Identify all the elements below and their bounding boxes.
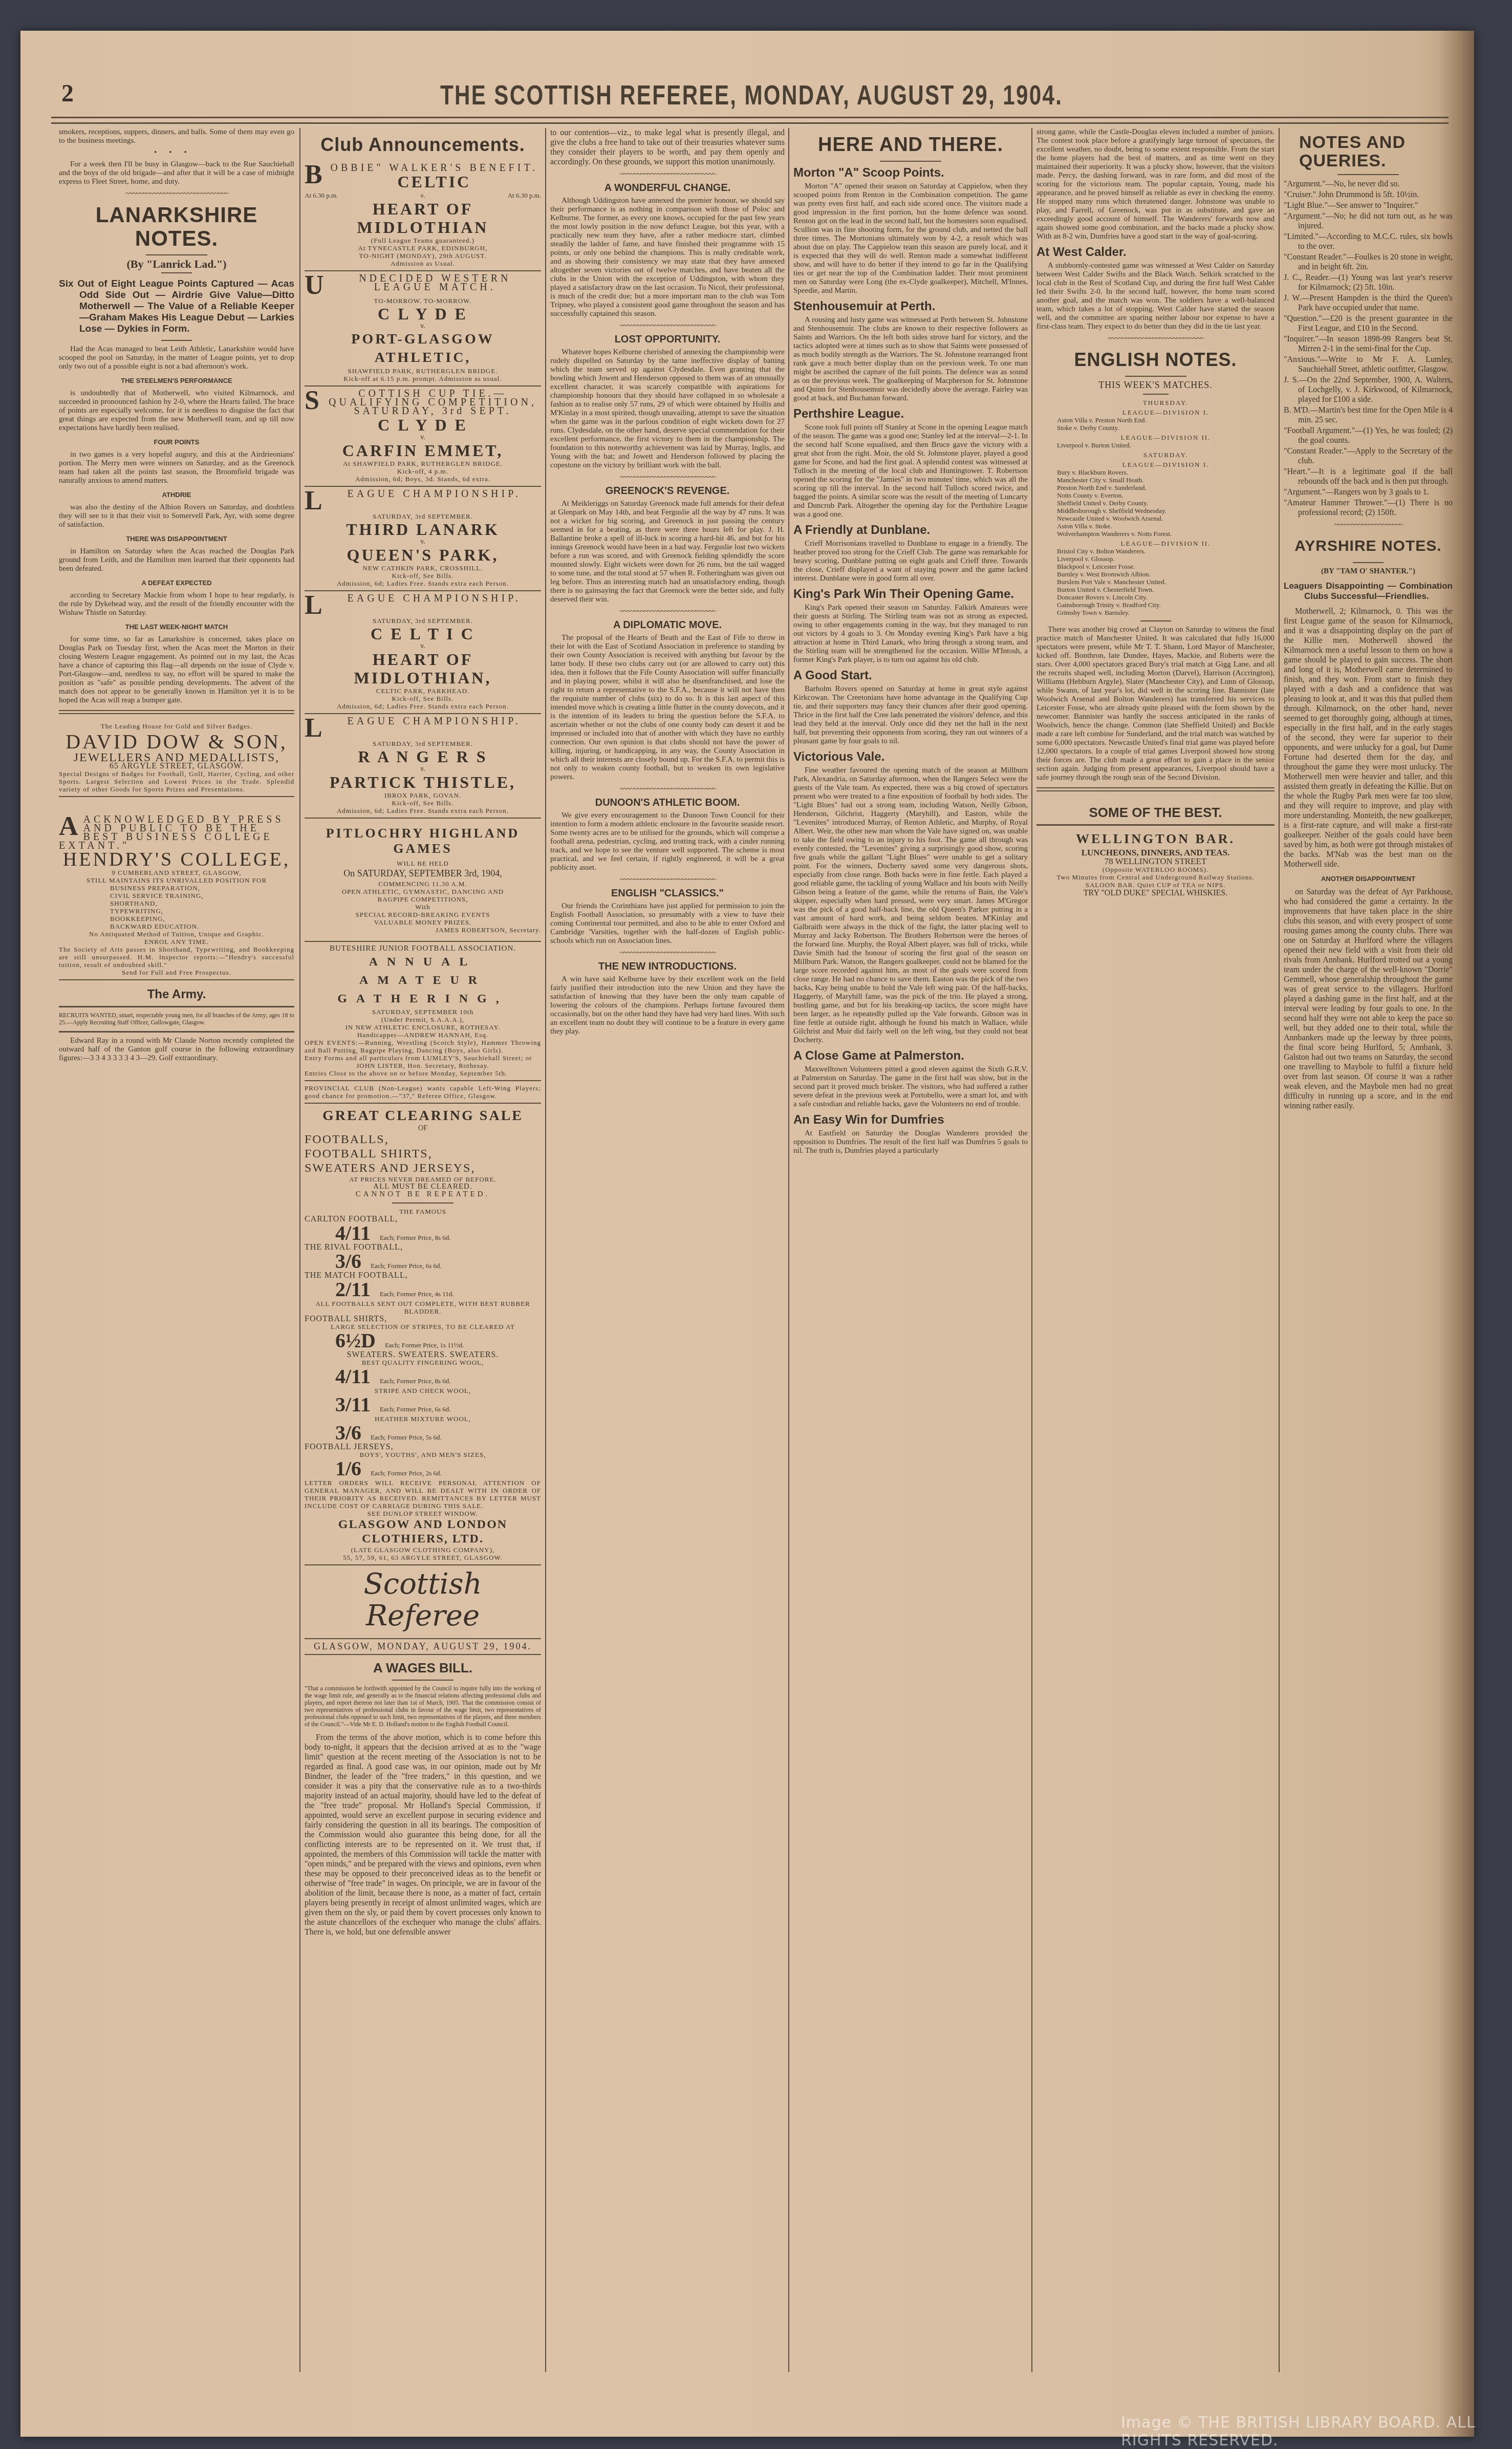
- editorial-date-line: GLASGOW, MONDAY, AUGUST 29, 1904.: [305, 1638, 541, 1655]
- section-heading-here-and-there: HERE AND THERE.: [793, 133, 1028, 157]
- newspaper-title: THE SCOTTISH REFEREE, MONDAY, AUGUST 29,…: [440, 79, 1063, 111]
- article-text: For a week then I'll be busy in Glasgow—…: [59, 160, 294, 186]
- section-heading: THE NEW INTRODUCTIONS.: [550, 962, 785, 971]
- article-heading: Morton "A" Scoop Points.: [793, 166, 1028, 180]
- announcement-line: Kick-off, See Bills.: [305, 695, 541, 702]
- query-answer: "Argument."—No, he never did so.: [1284, 179, 1453, 189]
- article-text: smokers, receptions, suppers, dinners, a…: [59, 128, 294, 145]
- rule: [1353, 562, 1384, 563]
- article-text: in Hamilton on Saturday when the Acas re…: [59, 547, 294, 573]
- sale-tagline: AT PRICES NEVER DREAMED OF BEFORE.: [305, 1175, 541, 1183]
- fixture: Notts County v. Everton.: [1057, 491, 1275, 499]
- nameplate-script-title: Scottish Referee: [305, 1569, 541, 1632]
- rule: [1143, 394, 1169, 395]
- article-text: was also the destiny of the Albion Rover…: [59, 503, 294, 529]
- article-summary: Six Out of Eight League Points Captured …: [59, 278, 294, 335]
- team-name: PARTICK THISTLE,: [305, 773, 541, 791]
- team-name: HEART OF MIDLOTHIAN: [305, 200, 541, 237]
- article-heading: Victorious Vale.: [793, 750, 1028, 764]
- ad-line: JOHN LISTER, Hon. Secretary, Rothesay.: [305, 1062, 541, 1069]
- column-rule: [788, 128, 789, 2372]
- ad-course-list: BUSINESS PREPARATION, CIVIL SERVICE TRAI…: [59, 884, 294, 930]
- rule: [59, 1006, 294, 1007]
- sale-of: OF: [305, 1125, 541, 1132]
- announcement-line: Kick-off, 4 p.m.: [305, 467, 541, 475]
- article-text: We give every encouragement to the Dunoo…: [550, 811, 785, 872]
- announcement-line: (Full League Teams guaranteed.): [305, 237, 541, 244]
- article-text: Crieff Morrisonians travelled to Dunblan…: [793, 540, 1028, 583]
- article-text: Morton "A" opened their season on Saturd…: [793, 182, 1028, 295]
- ad-line: Entries Close to the above on or before …: [305, 1069, 541, 1077]
- sale-line: LETTER ORDERS WILL RECEIVE PERSONAL ATTE…: [305, 1479, 541, 1510]
- fixture: Bristol City v. Bolton Wanderers.: [1057, 547, 1275, 555]
- column-rule: [299, 128, 300, 2372]
- article-heading: At West Calder.: [1036, 245, 1275, 260]
- announcement-subline: SATURDAY, 3rd SEPTEMBER.: [305, 512, 541, 520]
- query-answer: "Football Argument."—(1) Yes, he was fou…: [1284, 426, 1453, 445]
- article-text: Fine weather favoured the opening match …: [793, 766, 1028, 1045]
- query-answer: J. S.—On the 22nd September, 1900, A. Wa…: [1284, 375, 1453, 404]
- versus: v.: [305, 643, 541, 650]
- article-text: according to Secretary Mackie from whom …: [59, 591, 294, 617]
- fixture: Burslem Port Vale v. Manchester United.: [1057, 578, 1275, 586]
- column-2-club-announcements: Club Announcements. BOBBIE" WALKER'S BEN…: [305, 128, 541, 2388]
- announcement-1: BOBBIE" WALKER'S BENEFIT. CELTIC At 6.30…: [305, 161, 541, 271]
- fixture-division: LEAGUE—DIVISION I.: [1057, 461, 1275, 468]
- subheading: FOUR POINTS: [59, 438, 294, 446]
- announcement-line: Kick-off, See Bills.: [305, 799, 541, 807]
- article-text: King's Park opened their season on Satur…: [793, 604, 1028, 664]
- section-heading: A DIPLOMATIC MOVE.: [550, 621, 785, 630]
- article-text: Barholm Rovers opened on Saturday at hom…: [793, 685, 1028, 746]
- article-heading: King's Park Win Their Opening Game.: [793, 587, 1028, 601]
- sale-address: 55, 57, 59, 61, 63 ARGYLE STREET, GLASGO…: [305, 1554, 541, 1561]
- fixture-division: LEAGUE—DIVISION II.: [1057, 540, 1275, 547]
- rule: [161, 340, 192, 341]
- query-answer: "Question."—£20 is the present guarantee…: [1284, 314, 1453, 333]
- section-heading-notes-and-queries: NOTES AND QUERIES.: [1284, 133, 1453, 170]
- ad-line: WILL BE HELD: [305, 860, 541, 867]
- sale-line: ALL MUST BE CLEARED.: [305, 1183, 541, 1191]
- fixture: Doncaster Rovers v. Lincoln City.: [1057, 593, 1275, 601]
- announcement-subline: TO-MORROW. TO-MORROW.: [305, 297, 541, 305]
- section-heading: LOST OPPORTUNITY.: [550, 335, 785, 344]
- ad-heading: SOME OF THE BEST.: [1036, 805, 1275, 820]
- fixtures-heading: THIS WEEK'S MATCHES.: [1036, 381, 1275, 390]
- advert-pitlochry-games: PITLOCHRY HIGHLAND GAMES WILL BE HELD On…: [305, 819, 541, 942]
- ad-text: PROVINCIAL CLUB (Non-League) wants capab…: [305, 1084, 541, 1100]
- column-1-lanarkshire-notes: smokers, receptions, suppers, dinners, a…: [59, 128, 294, 2388]
- ad-company-name: DAVID DOW & SON,: [59, 730, 294, 754]
- ad-details: Special Designs of Badges for Football, …: [59, 770, 294, 793]
- announcement-line: Kick-off, See Bills.: [305, 572, 541, 579]
- announcement-lead: UNDECIDED WESTERN LEAGUE MATCH.: [305, 274, 541, 292]
- article-text: for some time, so far as Lanarkshire is …: [59, 635, 294, 705]
- copyright-watermark: Image © THE BRITISH LIBRARY BOARD. ALL R…: [1121, 2414, 1512, 2449]
- double-rule: [59, 710, 294, 714]
- ad-address: 78 WELLINGTON STREET: [1036, 857, 1275, 866]
- query-answer: "Limited."—According to M.C.C. rules, si…: [1284, 232, 1453, 251]
- fixture: Liverpool v. Burton United.: [1057, 441, 1275, 449]
- article-summary: Leaguers Disappointing — Combination Clu…: [1284, 581, 1453, 601]
- ad-line: IN NEW ATHLETIC ENCLOSURE, ROTHESAY.: [305, 1023, 541, 1031]
- fixture: Grimsby Town v. Barnsley.: [1057, 609, 1275, 616]
- advert-provincial-club: PROVINCIAL CLUB (Non-League) wants capab…: [305, 1081, 541, 1104]
- wavy-rule: ~~~~~~~~~~~~~~~~~~~~~~~~~~~~: [550, 875, 785, 884]
- sale-title: GREAT CLEARING SALE: [305, 1107, 541, 1125]
- announcement-5: LEAGUE CHAMPIONSHIP. SATURDAY, 3rd SEPTE…: [305, 591, 541, 714]
- advert-hendrys-college: AACKNOWLEDGED BY PRESS AND PUBLIC TO BE …: [59, 812, 294, 980]
- rule: [161, 272, 192, 273]
- ad-college-name: HENDRY'S COLLEGE,: [59, 850, 294, 869]
- fixture: Gainsborough Trinity v. Bradford City.: [1057, 601, 1275, 609]
- announcement-line: TO-NIGHT (MONDAY), 29th AUGUST.: [305, 252, 541, 260]
- query-answer: "Inquirer."—In season 1898-99 Rangers be…: [1284, 334, 1453, 354]
- subheading: THERE WAS DISAPPOINTMENT: [59, 534, 294, 543]
- ad-line: (Opposite WATERLOO ROOMS).: [1036, 866, 1275, 873]
- fixture: Preston North End v. Sunderland.: [1057, 484, 1275, 491]
- announcement-lead: SCOTTISH CUP TIE.—QUALIFYING COMPETITION…: [305, 390, 541, 416]
- ad-line: On SATURDAY, SEPTEMBER 3rd, 1904,: [305, 869, 541, 878]
- section-heading: GREENOCK'S REVENGE.: [550, 487, 785, 496]
- column-rule: [545, 128, 546, 2372]
- announcement-lead: LEAGUE CHAMPIONSHIP.: [305, 594, 541, 603]
- fixture: Middlesborough v. Sheffield Wednesday.: [1057, 507, 1275, 514]
- ad-line: TRY "OLD DUKE" SPECIAL WHISKIES.: [1036, 889, 1275, 897]
- team-name: PORT-GLASGOW ATHLETIC,: [305, 330, 541, 367]
- double-rule: [1036, 787, 1275, 791]
- article-text: Whatever hopes Kelburne cherished of ann…: [550, 348, 785, 470]
- editorial-body: From the terms of the above motion, whic…: [305, 1733, 541, 1937]
- fixture: Sheffield United v. Derby County.: [1057, 499, 1275, 507]
- article-heading: A Close Game at Palmerston.: [793, 1049, 1028, 1063]
- wavy-rule: ~~~~~~~~~~~~~~~~~~~~~~~~~~~~: [550, 949, 785, 957]
- fixture: Burton United v. Chesterfield Town.: [1057, 586, 1275, 593]
- rule: [1337, 174, 1399, 175]
- fixture: Newcastle United v. Woolwich Arsenal.: [1057, 514, 1275, 522]
- team-name: C L Y D E: [305, 416, 541, 434]
- sale-line: SWEATERS. SWEATERS. SWEATERS.: [305, 1351, 541, 1359]
- announcement-4: LEAGUE CHAMPIONSHIP. SATURDAY, 3rd SEPTE…: [305, 487, 541, 591]
- article-text: A stubbornly-contested game was witnesse…: [1036, 262, 1275, 331]
- article-heading: A Good Start.: [793, 669, 1028, 683]
- wavy-rule: ~~~~~~~~~~~~~~~~~~~~~~~~~~~~~~: [59, 189, 294, 198]
- announcement-lead: LEAGUE CHAMPIONSHIP.: [305, 490, 541, 499]
- wavy-rule: ~~~~~~~~~~~~~~~~~~~~~~~~~~~~: [550, 607, 785, 616]
- announcement-line: SHAWFIELD PARK, RUTHERGLEN BRIDGE.: [305, 367, 541, 375]
- query-answer: "Heart."—It is a legitimate goal if the …: [1284, 467, 1453, 486]
- ad-line: BAGPIPE COMPETITIONS,: [305, 895, 541, 903]
- sale-products: CARLTON FOOTBALL, 4/11Each; Former Price…: [305, 1215, 541, 1300]
- article-text: At Eastfield on Saturday the Douglas Wan…: [793, 1129, 1028, 1155]
- wavy-rule: ~~~~~~~~~~~~~~~~~~~~~~~~~~~~: [550, 321, 785, 330]
- article-text: Motherwell, 2; Kilmarnock, 0. This was t…: [1284, 607, 1453, 869]
- fixture: Liverpool v. Glossop.: [1057, 555, 1275, 563]
- query-answer: "Constant Reader."—Foulkes is 20 stone i…: [1284, 252, 1453, 272]
- team-name: QUEEN'S PARK,: [305, 546, 541, 564]
- sale-line: CANNOT BE REPEATED.: [305, 1191, 541, 1198]
- column-3-editorial: to our contention—viz., to make legal wh…: [550, 128, 785, 2388]
- section-dots: •••: [59, 148, 294, 157]
- ad-trade: JEWELLERS AND MEDALLISTS,: [59, 754, 294, 762]
- column-rule: [1031, 128, 1032, 2372]
- announcement-line: NEW CATHKIN PARK, CROSSHILL.: [305, 564, 541, 572]
- ad-line: COMMENCING 11.30 A.M.: [305, 880, 541, 888]
- fixture: Manchester City v. Small Heath.: [1057, 476, 1275, 484]
- sale-line: ALL FOOTBALLS SENT OUT COMPLETE, WITH BE…: [305, 1300, 541, 1315]
- rule: [392, 1680, 453, 1681]
- article-heading: A Friendly at Dunblane.: [793, 523, 1028, 538]
- section-heading: DUNOON'S ATHLETIC BOOM.: [550, 799, 785, 807]
- sale-items: FOOTBALLS, FOOTBALL SHIRTS, SWEATERS AND…: [305, 1132, 541, 1175]
- masthead: 2 THE SCOTTISH REFEREE, MONDAY, AUGUST 2…: [51, 79, 1449, 115]
- query-answer: "Argument."—Rangers won by 3 goals to 1.: [1284, 487, 1453, 497]
- section-heading-the-army: The Army.: [59, 987, 294, 1002]
- fixture: Aston Villa v. Preston North End.: [1057, 416, 1275, 424]
- ad-line: SALOON BAR. Quiet CUP of TEA or NIPS.: [1036, 881, 1275, 889]
- article-text: Maxwelltown Volunteers pitted a good ele…: [793, 1065, 1028, 1109]
- sale-line: (LATE GLASGOW CLOTHING COMPANY),: [305, 1546, 541, 1554]
- announcement-2: UNDECIDED WESTERN LEAGUE MATCH. TO-MORRO…: [305, 271, 541, 386]
- subheading: A DEFEAT EXPECTED: [59, 578, 294, 587]
- article-text: on Saturday was the defeat of Ayr Parkho…: [1284, 887, 1453, 1111]
- rule: [146, 254, 207, 255]
- announcement-line: Admission as Usual.: [305, 260, 541, 267]
- column-rule: [1279, 128, 1280, 2372]
- announcement-subline: SATURDAY, 3rd SEPTEMBER.: [305, 740, 541, 747]
- fixture: Blackpool v. Leicester Fosse.: [1057, 563, 1275, 570]
- fixture: Stoke v. Derby County.: [1057, 424, 1275, 432]
- sale-line: SEE DUNLOP STREET WINDOW.: [305, 1510, 541, 1517]
- announcement-line: Admission, 6d; Boys, 3d. Stands, 6d extr…: [305, 475, 541, 483]
- announcement-line: Admission, 6d; Ladies Free. Stands extra…: [305, 579, 541, 587]
- announcement-line: At SHAWFIELD PARK, RUTHERGLEN BRIDGE.: [305, 460, 541, 467]
- query-answer: "Amateur Hammer Thrower."—(1) There is n…: [1284, 498, 1453, 518]
- article-text: Although Uddingston have annexed the pre…: [550, 197, 785, 318]
- query-answer: B. M'D.—Martin's best time for the Open …: [1284, 405, 1453, 425]
- advert-buteshire-gathering: BUTESHIRE JUNIOR FOOTBALL ASSOCIATION. A…: [305, 942, 541, 1081]
- ad-line: OPEN ATHLETIC, GYMNASTIC, DANCING AND: [305, 888, 541, 895]
- rule: [392, 1202, 453, 1204]
- page-number: 2: [61, 79, 74, 108]
- announcement-line: Admission, 6d; Ladies Free. Stands extra…: [305, 702, 541, 710]
- article-text: At Meikleriggs on Saturday Greenock made…: [550, 500, 785, 604]
- announcement-3: SCOTTISH CUP TIE.—QUALIFYING COMPETITION…: [305, 386, 541, 487]
- wavy-rule: ~~~~~~~~~~~~~~~~~~~~~~~~~~~~: [1036, 334, 1275, 343]
- ad-line: With: [305, 903, 541, 911]
- sale-company: GLASGOW AND LONDON CLOTHIERS, LTD.: [305, 1517, 541, 1546]
- ad-line: OPEN EVENTS:—Running, Wrestling (Scotch …: [305, 1039, 541, 1054]
- article-text: There was another big crowd at Clayton o…: [1036, 626, 1275, 782]
- fixture: Bury v. Blackburn Rovers.: [1057, 468, 1275, 476]
- ad-headline: ANNUAL AMATEUR GATHERING,: [305, 953, 541, 1008]
- ad-line: VALUABLE MONEY PRIZES.: [305, 918, 541, 926]
- query-answer: J. C., Reader.—(1) Young was last year's…: [1284, 273, 1453, 292]
- subheading: ATHDRIE: [59, 490, 294, 499]
- announcement-lead: BOBBIE" WALKER'S BENEFIT.: [305, 164, 541, 173]
- section-heading: A WONDERFUL CHANGE.: [550, 184, 785, 192]
- section-heading-club-announcements: Club Announcements.: [305, 133, 541, 157]
- sale-line: FOOTBALL SHIRTS,: [305, 1315, 541, 1323]
- sale-line: FOOTBALL JERSEYS,: [305, 1443, 541, 1451]
- kickoff-times: At 6.30 p.m.v.At 6.30 p.m.: [305, 191, 541, 200]
- wavy-rule: ~~~~~~~~~~~~~~~~~~~~: [1284, 521, 1453, 529]
- article-heading: An Easy Win for Dumfries: [793, 1113, 1028, 1127]
- ad-title: BUTESHIRE JUNIOR FOOTBALL ASSOCIATION.: [305, 945, 541, 953]
- article-text: Our friends the Corinthians have just ap…: [550, 902, 785, 946]
- team-name: THIRD LANARK: [305, 520, 541, 539]
- byline: (By "Lanrick Lad."): [59, 260, 294, 268]
- subheading: THE LAST WEEK-NIGHT MATCH: [59, 622, 294, 631]
- announcement-line: IBROX PARK, GOVAN.: [305, 791, 541, 799]
- team-name: CARFIN EMMET,: [305, 441, 541, 460]
- ad-title: PITLOCHRY HIGHLAND GAMES: [305, 826, 541, 856]
- editorial-quote: "That a commission be forthwith appointe…: [305, 1685, 541, 1728]
- announcement-line: Kick-off at 6.15 p.m. prompt. Admission …: [305, 375, 541, 382]
- ad-claim: STILL MAINTAINS ITS UNRIVALLED POSITION …: [59, 876, 294, 884]
- article-text: The proposal of the Hearts of Beath and …: [550, 634, 785, 782]
- rule: [1036, 824, 1275, 826]
- ad-line: Entry Forms and all particulars from LUM…: [305, 1054, 541, 1062]
- fixture: Aston Villa v. Stoke.: [1057, 522, 1275, 530]
- advert-wellington-bar: SOME OF THE BEST. WELLINGTON BAR. LUNCHE…: [1036, 797, 1275, 900]
- rule: [1125, 376, 1186, 377]
- announcement-subline: SATURDAY, 3rd SEPTEMBER.: [305, 617, 541, 625]
- column-6-notes-and-queries: NOTES AND QUERIES. "Argument."—No, he ne…: [1284, 128, 1453, 2388]
- query-answer: "Cruiser." John Drummond is 5ft. 10½in.: [1284, 190, 1453, 200]
- team-name: CELTIC: [305, 173, 541, 191]
- ad-lead: AACKNOWLEDGED BY PRESS AND PUBLIC TO BE …: [59, 815, 294, 850]
- wavy-rule: ~~~~~~~~~~~~~~~~~~~~~~~~~~~~: [550, 473, 785, 482]
- announcement-line: CELTIC PARK, PARKHEAD.: [305, 687, 541, 695]
- fixture-day: THURSDAY.: [1057, 399, 1275, 406]
- announcement-line: Admission, 6d; Ladies Free. Stands extra…: [305, 807, 541, 814]
- fixture: Burnley v. West Bromwich Albion.: [1057, 570, 1275, 578]
- ad-prospectus: Send for Full and Free Prospectus.: [59, 969, 294, 976]
- article-text: A win have said Kelburne have by their e…: [550, 975, 785, 1036]
- ad-enrol: ENROL ANY TIME.: [59, 938, 294, 946]
- announcement-line: At TYNECASTLE PARK, EDINBURGH,: [305, 244, 541, 252]
- ad-bar-name: WELLINGTON BAR.: [1036, 830, 1275, 848]
- article-heading: Stenhousemuir at Perth.: [793, 299, 1028, 314]
- ad-passes: The Society of Arts passes in Shorthand,…: [59, 946, 294, 969]
- fixture-day: SATURDAY.: [1057, 451, 1275, 459]
- query-answer: "Constant Reader."—Apply to the Secretar…: [1284, 446, 1453, 466]
- team-name: C E L T I C: [305, 625, 541, 643]
- subheading: ANOTHER DISAPPOINTMENT: [1284, 874, 1453, 883]
- team-name: C L Y D E: [305, 305, 541, 323]
- rule: [1140, 620, 1171, 621]
- article-text: A rousing and lusty game was witnessed a…: [793, 316, 1028, 403]
- versus: v.: [305, 323, 541, 330]
- army-recruitment-notice: RECRUITS WANTED, smart, respectable youn…: [59, 1012, 294, 1026]
- announcement-lead: LEAGUE CHAMPIONSHIP.: [305, 717, 541, 726]
- announcement-6: LEAGUE CHAMPIONSHIP. SATURDAY, 3rd SEPTE…: [305, 714, 541, 819]
- advert-david-dow: The Leading House for Gold and Silver Ba…: [59, 719, 294, 797]
- query-answer: J. W.—Present Hampden is the third the Q…: [1284, 293, 1453, 313]
- team-name: HEART OF MIDLOTHIAN,: [305, 650, 541, 687]
- golf-paragraph: Edward Ray in a round with Mr Claude Nor…: [59, 1037, 294, 1063]
- versus: v.: [305, 434, 541, 441]
- article-text: to our contention—viz., to make legal wh…: [550, 128, 785, 167]
- section-heading-lanarkshire-notes: LANARKSHIRE NOTES.: [59, 203, 294, 250]
- wavy-rule: ~~~~~~~~~~~~~~~~~~~~~~~~~~~~: [550, 785, 785, 793]
- query-answer: "Argument."—No; he did not turn out, as …: [1284, 211, 1453, 231]
- fixture-division: LEAGUE—DIVISION I.: [1057, 409, 1275, 416]
- ad-line: Handicapper—ANDREW HANNAH, Esq.: [305, 1031, 541, 1039]
- rule: [880, 161, 941, 162]
- ad-line: Two Minutes from Central and Underground…: [1036, 873, 1275, 881]
- section-heading-ayrshire-notes: AYRSHIRE NOTES.: [1284, 534, 1453, 558]
- masthead-double-rule: [51, 117, 1449, 124]
- article-text: Scone took full points off Stanley at Sc…: [793, 423, 1028, 519]
- versus: v.: [305, 766, 541, 773]
- nameplate: Scottish Referee: [305, 1565, 541, 1635]
- query-answer: "Anxious."—Write to Mr F. A. Lumley, Sau…: [1284, 355, 1453, 374]
- subheading: THE STEELMEN'S PERFORMANCE: [59, 376, 294, 385]
- article-text: in two games is a very hopeful augury, a…: [59, 450, 294, 485]
- article-text: is undoubtedly that of Motherwell, who v…: [59, 389, 294, 433]
- section-heading: ENGLISH "CLASSICS.": [550, 889, 785, 898]
- ad-line: LUNCHEONS, DINNERS, AND TEAS.: [1036, 848, 1275, 857]
- team-name: R A N G E R S: [305, 747, 541, 766]
- ad-tagline: The Leading House for Gold and Silver Ba…: [59, 722, 294, 730]
- wavy-rule: ~~~~~~~~~~~~~~~~~~~~~~~~~~~~: [550, 170, 785, 179]
- editorial-heading: A WAGES BILL.: [305, 1660, 541, 1675]
- article-text: Had the Acas managed to beat Leith Athle…: [59, 345, 294, 371]
- advert-great-clearing-sale: GREAT CLEARING SALE OF FOOTBALLS, FOOTBA…: [305, 1104, 541, 1565]
- fixture-division: LEAGUE—DIVISION II.: [1057, 434, 1275, 441]
- query-answer: "Light Blue."—See answer to "Inquirer.": [1284, 201, 1453, 210]
- ad-signature: JAMES ROBERTSON, Secretary.: [305, 926, 541, 934]
- rule: [59, 1031, 294, 1033]
- article-text: strong game, while the Castle-Douglas el…: [1036, 128, 1275, 241]
- versus: v.: [305, 539, 541, 546]
- sale-line: THE FAMOUS: [305, 1208, 541, 1215]
- ad-line: (Under Permit, S.A.A.A.),: [305, 1016, 541, 1023]
- ad-method: No Antiquated Method of Tuition, Unique …: [59, 930, 294, 938]
- article-heading: Perthshire League.: [793, 407, 1028, 421]
- ad-line: SPECIAL RECORD-BREAKING EVENTS: [305, 911, 541, 918]
- section-heading-english-notes: ENGLISH NOTES.: [1036, 348, 1275, 372]
- ad-line: SATURDAY, SEPTEMBER 10th: [305, 1008, 541, 1016]
- fixture-list: THURSDAY. LEAGUE—DIVISION I. Aston Villa…: [1036, 399, 1275, 616]
- byline: (BY "TAM O' SHANTER."): [1284, 567, 1453, 576]
- column-5-english-notes: strong game, while the Castle-Douglas el…: [1036, 128, 1275, 2388]
- column-4-here-and-there: HERE AND THERE. Morton "A" Scoop Points.…: [793, 128, 1028, 2388]
- fixture: Wolverhampton Wanderers v. Notts Forest.: [1057, 530, 1275, 538]
